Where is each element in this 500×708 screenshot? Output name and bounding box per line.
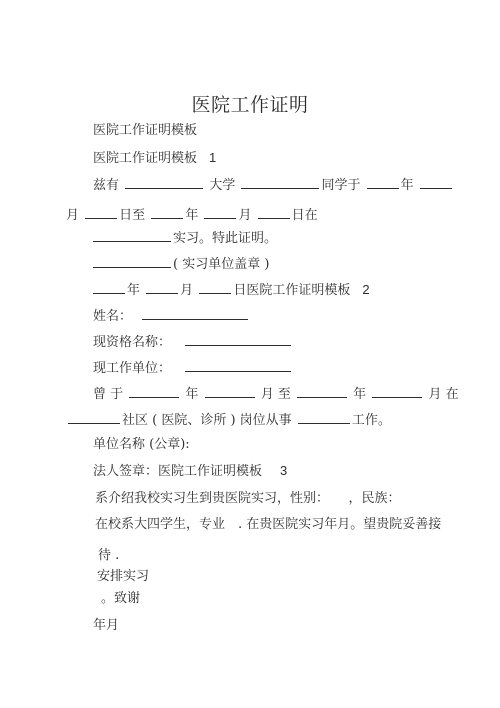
community-blank[interactable]	[68, 411, 120, 424]
template-1-label: 医院工作证明模板	[93, 151, 197, 166]
end-month-blank[interactable]	[204, 206, 236, 219]
name-label: 姓名：	[93, 309, 132, 324]
sign-month-blank[interactable]	[146, 281, 178, 294]
text-zi-you: 兹有	[93, 178, 119, 193]
end-day-blank[interactable]	[258, 206, 290, 219]
text-month: 月	[238, 208, 251, 223]
employ-end-month-blank[interactable]	[372, 385, 422, 398]
start-day-blank[interactable]	[85, 206, 117, 219]
text-day-to: 日至	[119, 208, 145, 223]
text-student-from: 同学于	[321, 178, 360, 193]
text-month: 月	[180, 283, 193, 298]
workplace-field-row: 现工作单位：	[93, 359, 293, 377]
text-university: 大学	[209, 178, 235, 193]
legal-sign-label: 法人签章：医院工作证明模板	[93, 464, 262, 479]
text-day-at: 日在	[292, 208, 318, 223]
intro-letter-line-3: 待 .	[98, 548, 119, 564]
sign-year-blank[interactable]	[93, 281, 125, 294]
intro-letter-line-4: 安排实习	[97, 569, 149, 585]
template-2-number: 2	[362, 282, 369, 297]
text-once-at: 曾 于	[93, 387, 123, 402]
workplace-label: 现工作单位：	[93, 361, 171, 376]
document-title: 医院工作证明	[0, 94, 500, 116]
start-month-blank[interactable]	[420, 176, 452, 189]
employment-position-line: 社区 ( 医院、诊所 ) 岗位从事 工作。	[66, 411, 391, 429]
text-year: 年	[353, 387, 366, 402]
name-field-row: 姓名：	[93, 307, 250, 325]
student-name-blank[interactable]	[241, 176, 319, 189]
intro-letter-date: 年月	[93, 618, 119, 634]
workplace-blank[interactable]	[185, 359, 291, 372]
employ-end-year-blank[interactable]	[297, 385, 347, 398]
document-page: 医院工作证明 医院工作证明模板 医院工作证明模板1 兹有 大学 同学于 年 月 …	[0, 0, 500, 708]
qualification-blank[interactable]	[185, 333, 291, 346]
qualification-label: 现资格名称：	[93, 335, 171, 350]
template-1-number: 1	[209, 150, 216, 165]
text-month-to: 月 至	[261, 387, 291, 402]
work-type-blank[interactable]	[298, 411, 350, 424]
intro-line-3: 实习。特此证明。	[91, 229, 277, 247]
text-month: 月	[66, 208, 79, 223]
intro-line-2: 月 日至 年 月 日在	[66, 206, 318, 224]
seal-line: ( 实习单位盖章 )	[91, 255, 269, 273]
intro-letter-thanks: 。致谢	[101, 591, 140, 607]
internship-unit-blank[interactable]	[93, 229, 171, 242]
employ-start-month-blank[interactable]	[205, 385, 255, 398]
employment-period-line: 曾 于 年 月 至 年 月 在	[93, 385, 459, 403]
date-line-template-2: 年 月 日医院工作证明模板2	[91, 281, 370, 299]
intro-line-1: 兹有 大学 同学于 年	[93, 176, 454, 194]
text-year: 年	[185, 387, 198, 402]
text-unit-seal: ( 实习单位盖章 )	[173, 257, 269, 272]
name-blank[interactable]	[142, 307, 248, 320]
legal-sign-row: 法人签章：医院工作证明模板3	[93, 463, 287, 480]
start-year-blank[interactable]	[367, 176, 399, 189]
template-heading: 医院工作证明模板	[93, 123, 197, 139]
intro-letter-line-2: 在校系大四学生，专业 . 在贵医院实习年月。望贵院妥善接	[95, 517, 441, 533]
template-2-label: 日医院工作证明模板	[233, 283, 350, 298]
template-3-number: 3	[280, 463, 287, 478]
text-year: 年	[401, 178, 414, 193]
seal-blank[interactable]	[93, 255, 171, 268]
intro-letter-line-1: 系介绍我校实习生到贵医院实习，性别： ，民族：	[95, 491, 401, 507]
university-name-blank[interactable]	[125, 176, 203, 189]
end-year-blank[interactable]	[151, 206, 183, 219]
text-community-position: 社区 ( 医院、诊所 ) 岗位从事	[122, 413, 292, 428]
text-work: 工作。	[352, 413, 391, 428]
template-1-heading: 医院工作证明模板1	[93, 150, 216, 167]
unit-name-label: 单位名称 (公章):	[93, 437, 190, 453]
qualification-field-row: 现资格名称：	[93, 333, 293, 351]
text-year: 年	[185, 208, 198, 223]
text-month-at: 月 在	[428, 387, 458, 402]
text-year: 年	[127, 283, 140, 298]
text-certified: 实习。特此证明。	[173, 231, 277, 246]
employ-start-year-blank[interactable]	[129, 385, 179, 398]
sign-day-blank[interactable]	[199, 281, 231, 294]
